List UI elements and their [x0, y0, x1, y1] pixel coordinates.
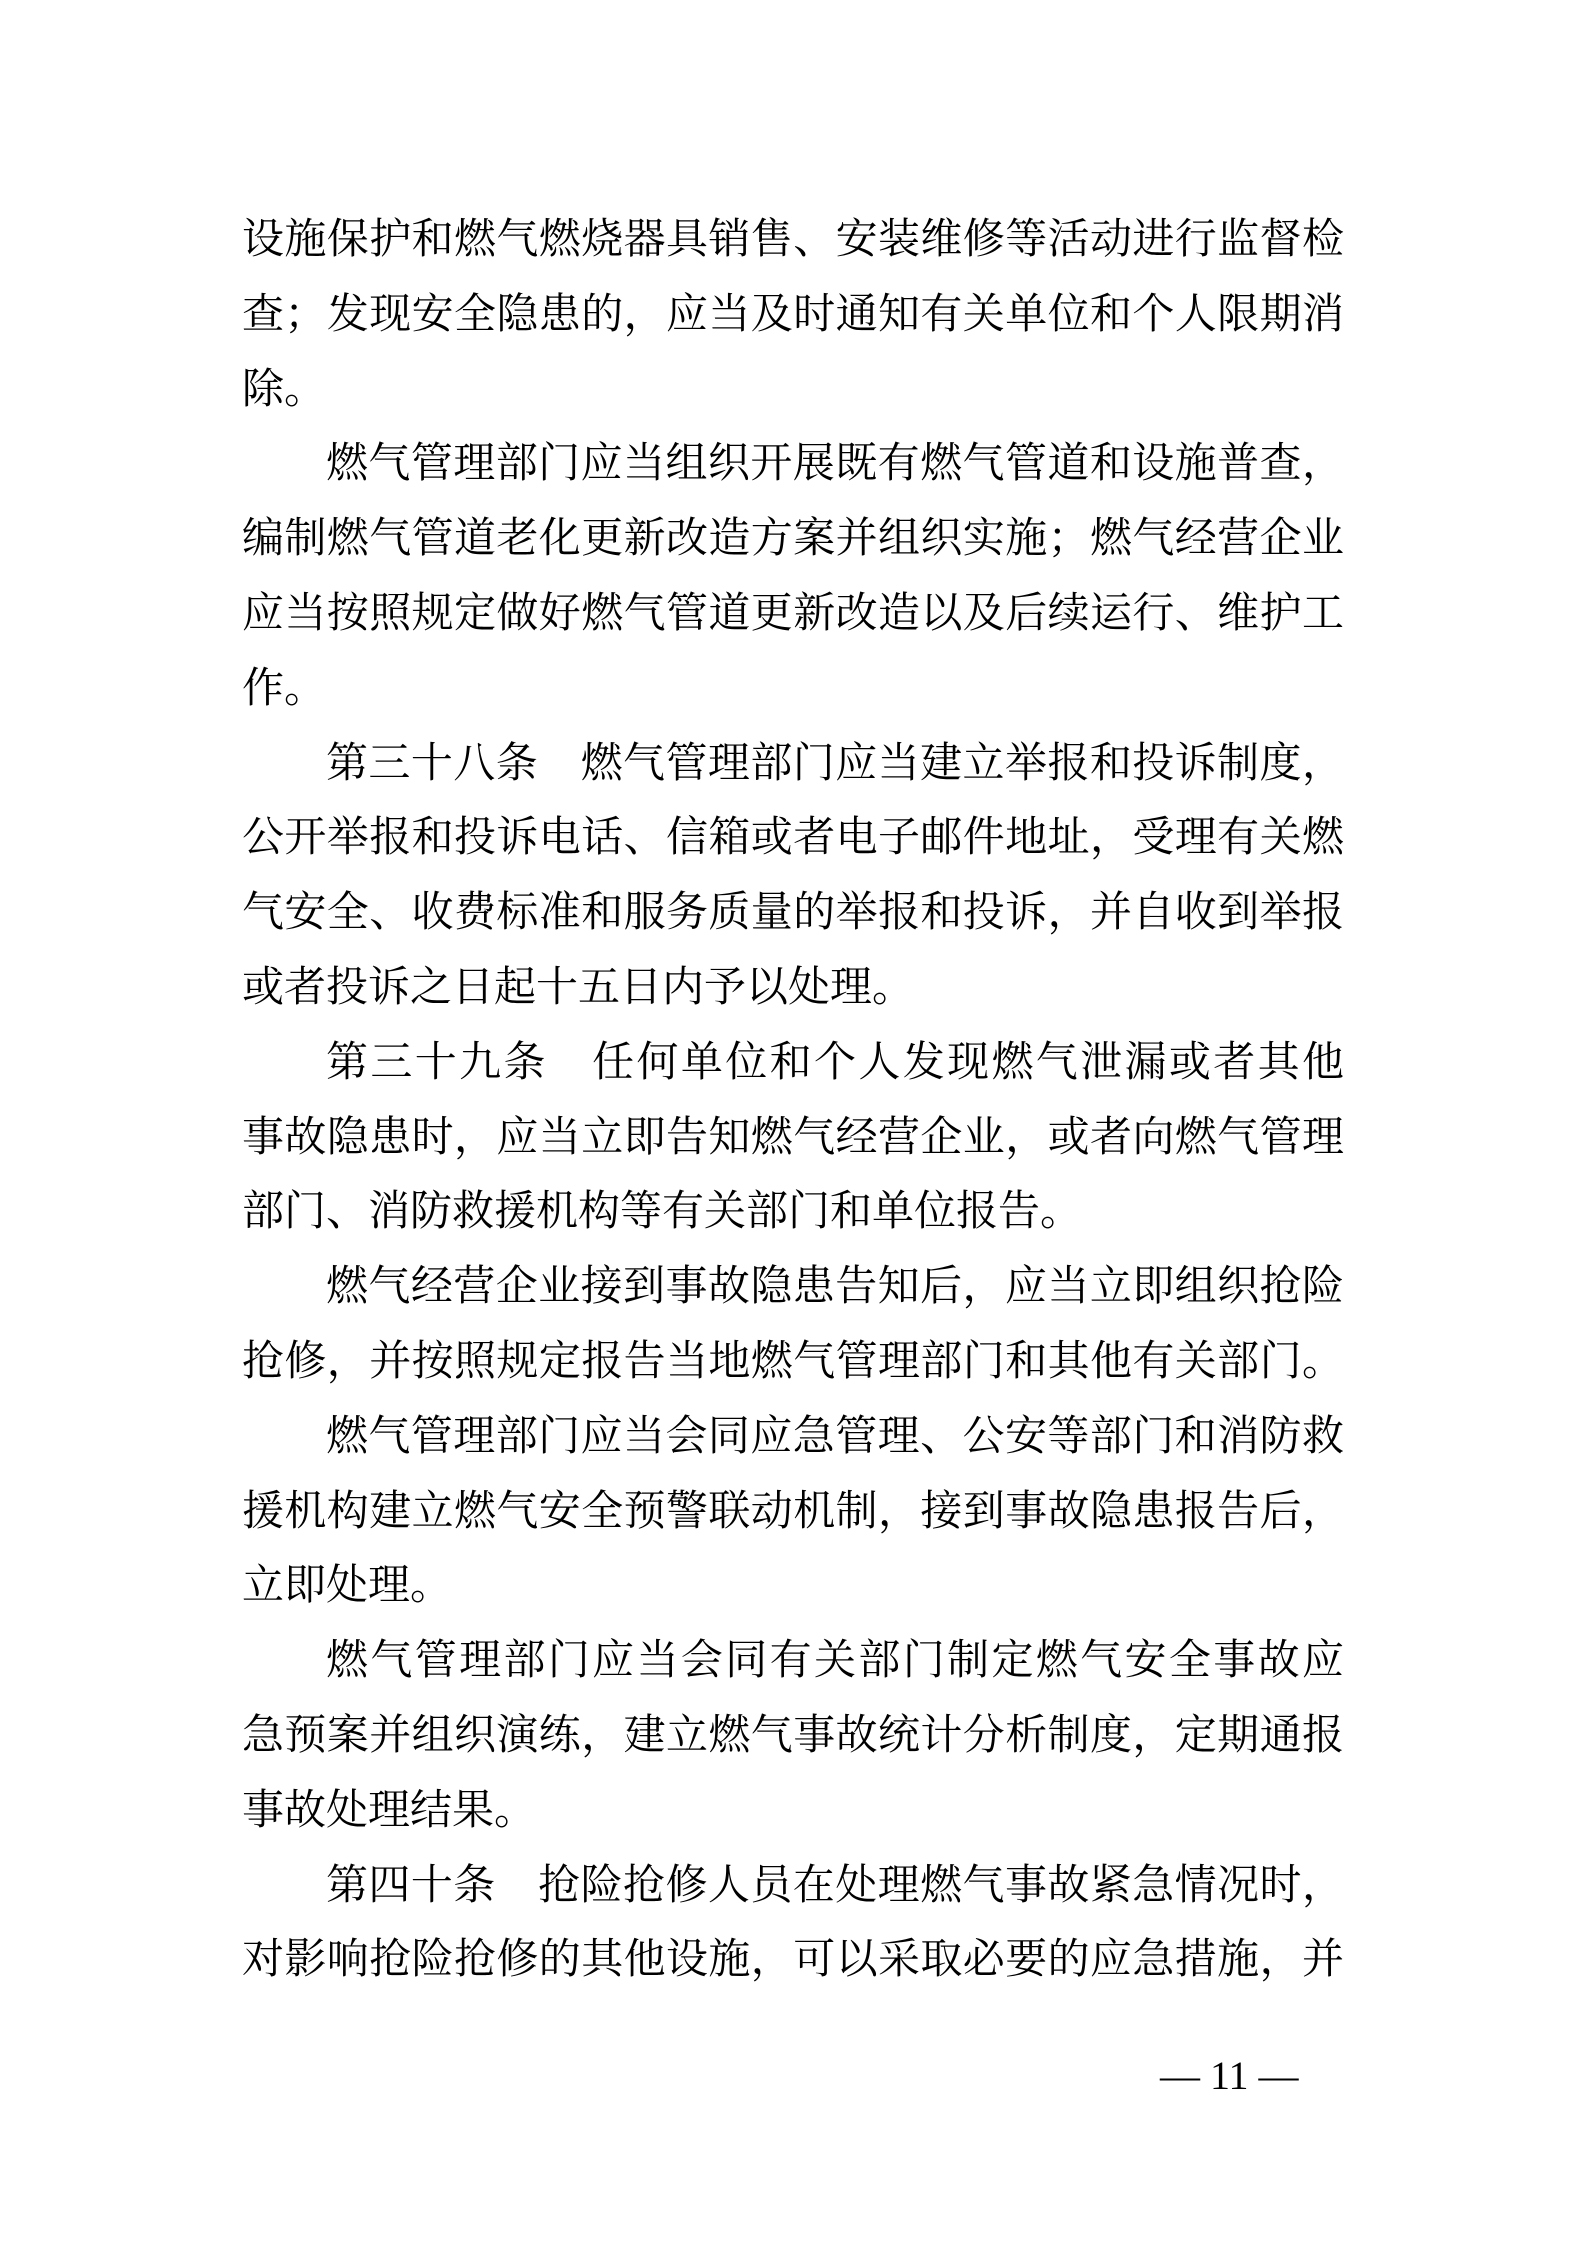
text-line: 公开举报和投诉电话、信箱或者电子邮件地址，受理有关燃 — [242, 801, 1344, 876]
text-line: 或者投诉之日起十五日内予以处理。 — [242, 951, 1344, 1026]
text-line: 除。 — [242, 353, 1344, 428]
text-line: 急预案并组织演练，建立燃气事故统计分析制度，定期通报 — [242, 1699, 1344, 1774]
text-line: 设施保护和燃气燃烧器具销售、安装维修等活动进行监督检 — [242, 203, 1344, 278]
text-line: 气安全、收费标准和服务质量的举报和投诉，并自收到举报 — [242, 876, 1344, 951]
text-line: 查；发现安全隐患的，应当及时通知有关单位和个人限期消 — [242, 278, 1344, 353]
page-number: — 11 — — [1160, 2052, 1320, 2100]
text-line: 对影响抢险抢修的其他设施，可以采取必要的应急措施，并 — [242, 1923, 1344, 1998]
text-line: 作。 — [242, 652, 1344, 727]
document-body-text: 设施保护和燃气燃烧器具销售、安装维修等活动进行监督检查；发现安全隐患的，应当及时… — [242, 203, 1344, 1998]
text-line: 第三十八条 燃气管理部门应当建立举报和投诉制度， — [242, 727, 1344, 802]
text-line: 事故隐患时，应当立即告知燃气经营企业，或者向燃气管理 — [242, 1101, 1344, 1176]
text-line: 事故处理结果。 — [242, 1774, 1344, 1849]
text-line: 抢修，并按照规定报告当地燃气管理部门和其他有关部门。 — [242, 1325, 1344, 1400]
text-line: 燃气管理部门应当会同应急管理、公安等部门和消防救 — [242, 1400, 1344, 1475]
text-line: 第三十九条 任何单位和个人发现燃气泄漏或者其他 — [242, 1026, 1344, 1101]
text-line: 应当按照规定做好燃气管道更新改造以及后续运行、维护工 — [242, 577, 1344, 652]
text-line: 第四十条 抢险抢修人员在处理燃气事故紧急情况时， — [242, 1849, 1344, 1924]
text-line: 编制燃气管道老化更新改造方案并组织实施；燃气经营企业 — [242, 502, 1344, 577]
text-line: 燃气经营企业接到事故隐患告知后，应当立即组织抢险 — [242, 1250, 1344, 1325]
text-line: 援机构建立燃气安全预警联动机制，接到事故隐患报告后， — [242, 1475, 1344, 1550]
document-page: 设施保护和燃气燃烧器具销售、安装维修等活动进行监督检查；发现安全隐患的，应当及时… — [0, 0, 1587, 2245]
text-line: 立即处理。 — [242, 1549, 1344, 1624]
text-line: 部门、消防救援机构等有关部门和单位报告。 — [242, 1175, 1344, 1250]
text-line: 燃气管理部门应当组织开展既有燃气管道和设施普查， — [242, 427, 1344, 502]
text-line: 燃气管理部门应当会同有关部门制定燃气安全事故应 — [242, 1624, 1344, 1699]
